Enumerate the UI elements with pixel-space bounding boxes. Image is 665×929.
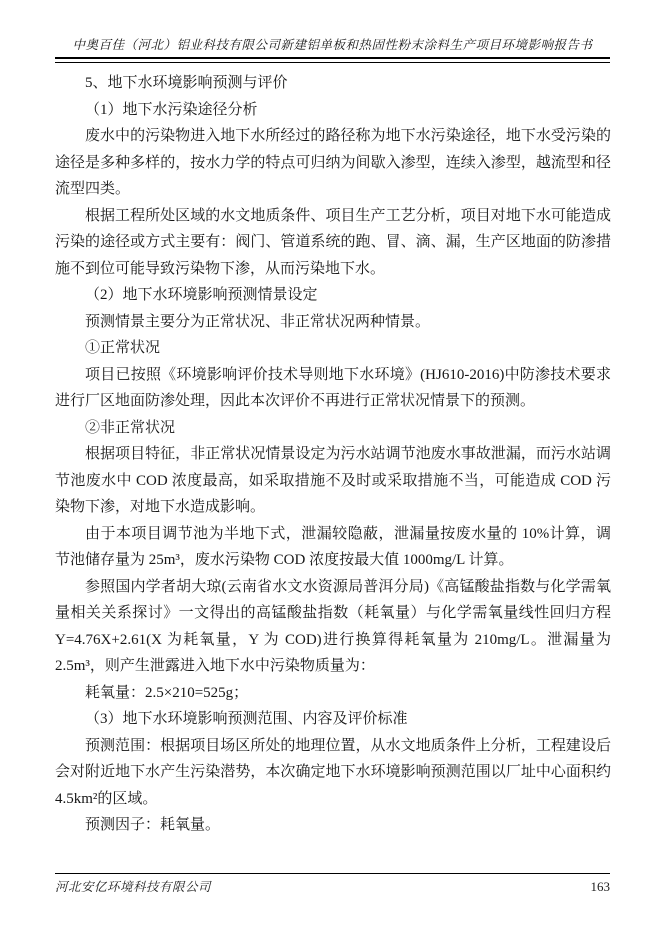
subsection-heading-1: （1）地下水污染途径分析 (55, 97, 611, 124)
subsection-heading-3: （3）地下水环境影响预测范围、内容及评价标准 (55, 706, 611, 733)
footer-company-name: 河北安亿环境科技有限公司 (55, 877, 211, 895)
document-body: 5、地下水环境影响预测与评价 （1）地下水污染途径分析 废水中的污染物进入地下水… (55, 70, 611, 839)
header-double-rule (55, 57, 610, 63)
document-paragraph: 由于本项目调节池为半地下式，泄漏较隐蔽，泄漏量按废水量的 10%计算，调节池储存… (55, 521, 611, 574)
item-heading-normal: ①正常状况 (55, 335, 611, 362)
page-footer: 河北安亿环境科技有限公司 163 (55, 873, 610, 895)
subsection-heading-2: （2）地下水环境影响预测情景设定 (55, 282, 611, 309)
document-paragraph: 项目已按照《环境影响评价技术导则地下水环境》(HJ610-2016)中防渗技术要… (55, 362, 611, 415)
document-paragraph: 根据项目特征，非正常状况情景设定为污水站调节池废水事故泄漏，而污水站调节池废水中… (55, 441, 611, 521)
document-paragraph: 根据工程所处区域的水文地质条件、项目生产工艺分析，项目对地下水可能造成污染的途径… (55, 203, 611, 283)
document-paragraph: 预测因子：耗氧量。 (55, 812, 611, 839)
formula-line: 耗氧量：2.5×210=525g； (55, 680, 611, 707)
report-page: 中奥百佳（河北）铝业科技有限公司新建铝单板和热固性粉末涂料生产项目环境影响报告书… (0, 0, 665, 929)
document-paragraph: 预测情景主要分为正常状况、非正常状况两种情景。 (55, 309, 611, 336)
page-header-title: 中奥百佳（河北）铝业科技有限公司新建铝单板和热固性粉末涂料生产项目环境影响报告书 (55, 35, 610, 53)
footer-page-number: 163 (591, 879, 611, 895)
page-header: 中奥百佳（河北）铝业科技有限公司新建铝单板和热固性粉末涂料生产项目环境影响报告书 (55, 35, 610, 63)
document-paragraph: 预测范围：根据项目场区所处的地理位置，从水文地质条件上分析，工程建设后会对附近地… (55, 733, 611, 813)
document-paragraph: 废水中的污染物进入地下水所经过的路径称为地下水污染途径，地下水受污染的途径是多种… (55, 123, 611, 203)
section-heading: 5、地下水环境影响预测与评价 (55, 70, 611, 97)
item-heading-abnormal: ②非正常状况 (55, 415, 611, 442)
document-paragraph: 参照国内学者胡大琼(云南省水文水资源局普洱分局)《高锰酸盐指数与化学需氧量相关关… (55, 574, 611, 680)
